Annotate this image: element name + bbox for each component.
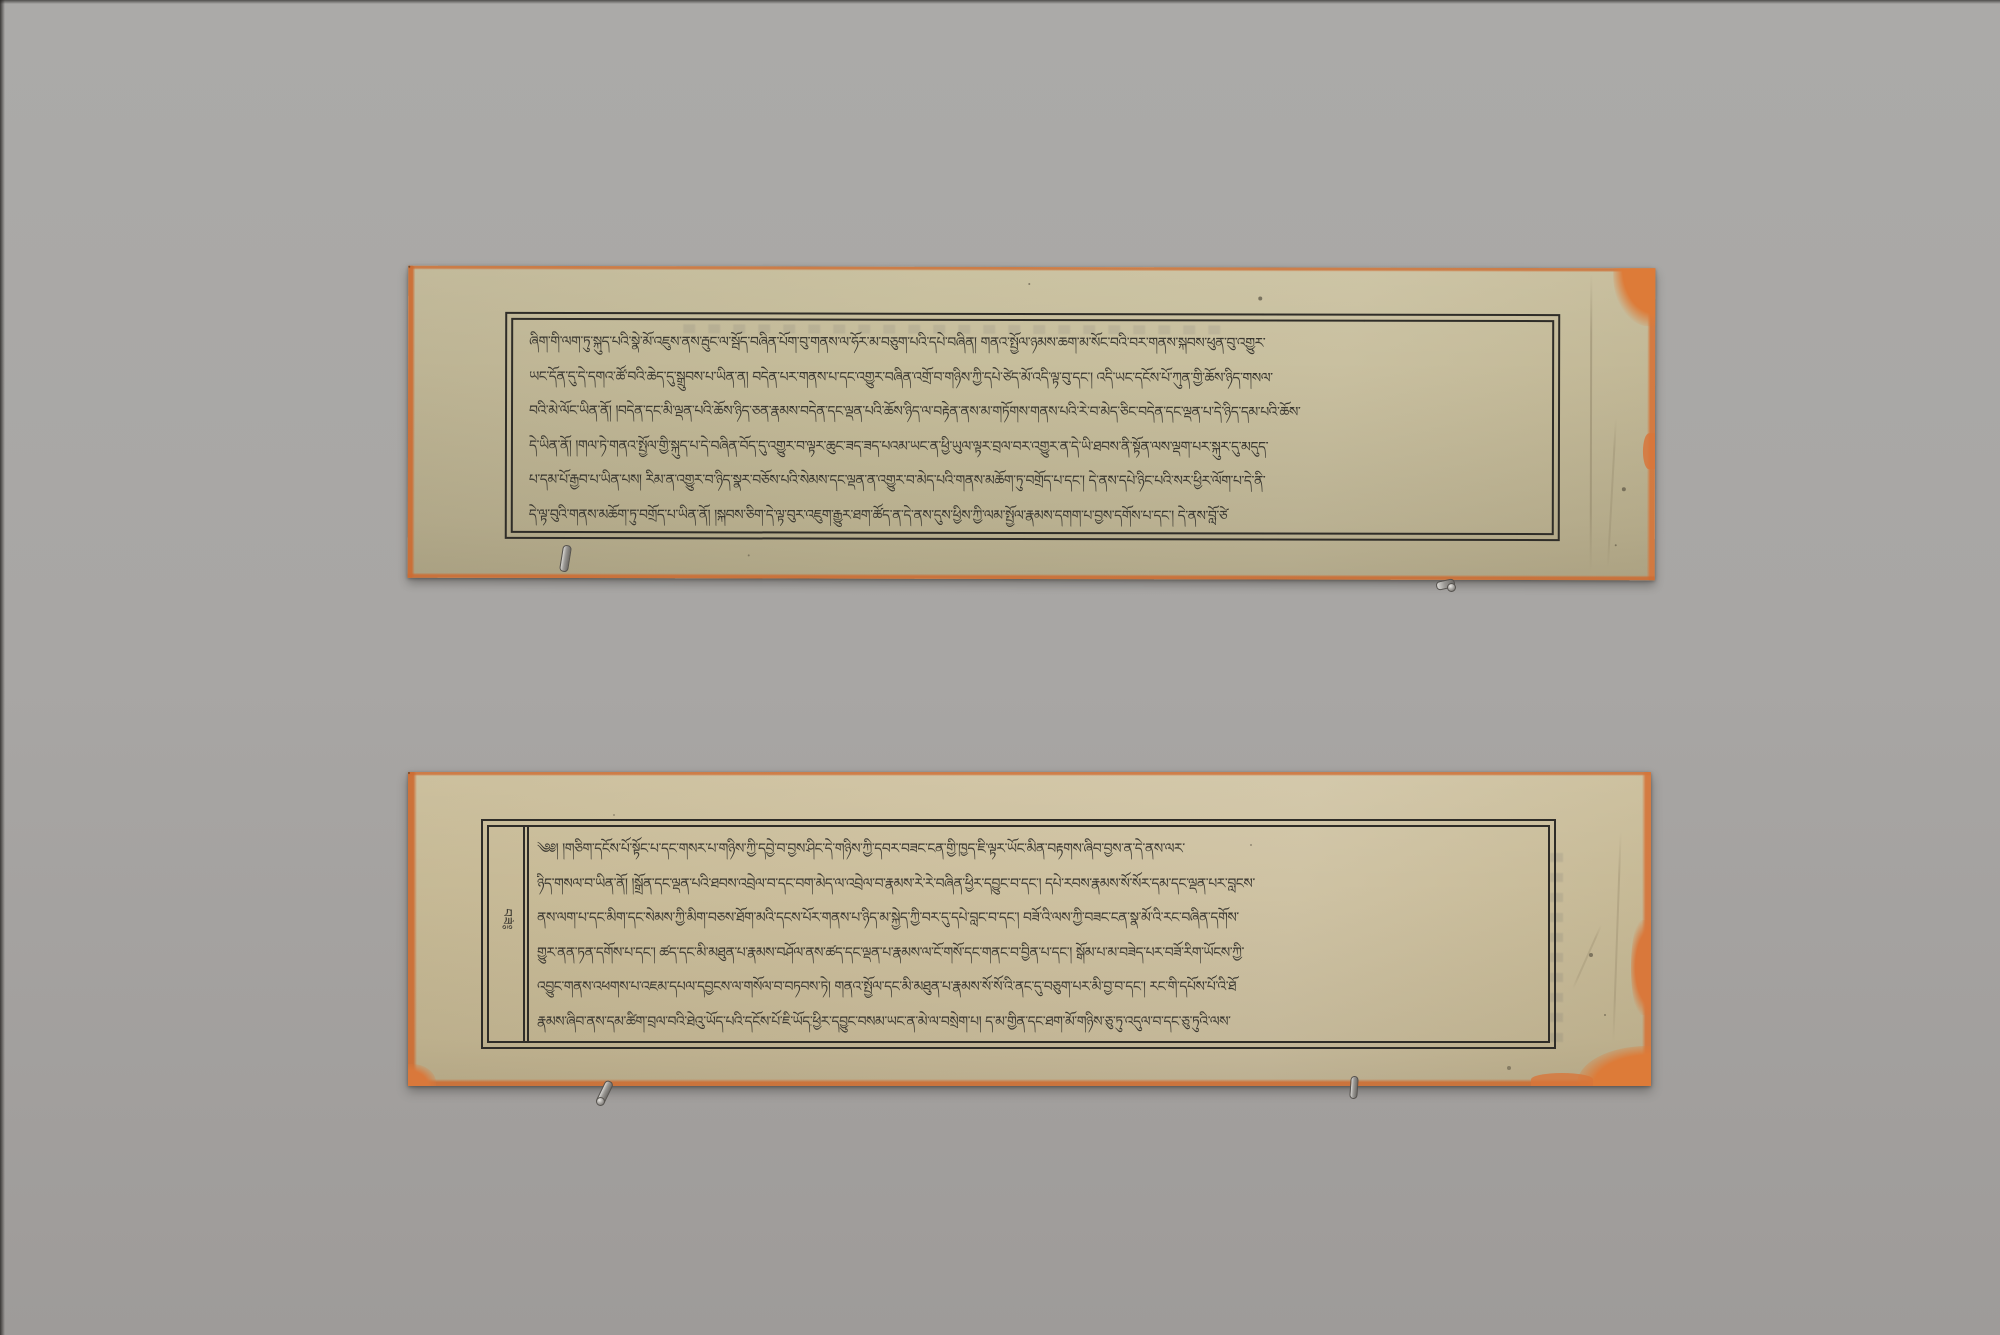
text-line: དེ་ཡིན་ནོ། །གལ་ཏེ་གནའ་སྤྱོལ་གྱི་སྐུད་པ་ད… <box>529 429 1540 466</box>
paper-crease <box>1607 418 1617 568</box>
text-line: ཡང་དོན་དུ་དེ་དགའ་ཚོ་བའི་ཆེད་དུ་སྒྲུབས་པ་… <box>529 360 1540 397</box>
text-line: ༄༅། །གཅིག་དངོས་པོ་སྟོང་པ་དང་གསར་པ་གཉིས་ཀ… <box>537 832 1538 867</box>
orange-edge-paint-left <box>408 266 416 578</box>
orange-edge-paint-bottom <box>408 1079 1651 1086</box>
orange-corner-stain <box>1613 268 1655 326</box>
text-line: འབྱུང་གནས་འཕགས་པ་འཇམ་དཔལ་དབྱངས་ལ་གསོལ་བ་… <box>537 970 1538 1005</box>
orange-edge-paint-right <box>1647 268 1656 580</box>
paper-crease <box>1590 274 1593 572</box>
paper-crease <box>1612 832 1621 1042</box>
photo-edge-shadow-top <box>0 0 2000 4</box>
orange-edge-stain <box>1631 920 1651 1015</box>
orange-corner-stain <box>1577 1046 1651 1086</box>
orange-edge-paint-top <box>408 266 1655 273</box>
text-line: ནས་ལག་པ་དང་མིག་དང་སེམས་ཀྱི་མིག་བཅས་ཐོག་མ… <box>537 901 1538 936</box>
text-frame-top-leaf: ཞིག་གི་ལག་ཏུ་སྐུད་པའི་སྣེ་མོ་འཇུས་ནས་རྦུ… <box>505 312 1560 541</box>
margin-label: བཟོ༔ <box>498 887 514 951</box>
mounting-pin-head <box>596 1097 605 1106</box>
text-line: བའི་མེ་ལོང་ཡིན་ནོ། །བདེན་དང་མི་ལྡན་པའི་ཆ… <box>529 394 1540 431</box>
orange-edge-paint-right <box>1642 772 1651 1086</box>
orange-edge-paint-left <box>408 772 417 1086</box>
paper-crease <box>1572 925 1602 990</box>
paper-specks <box>408 772 410 774</box>
mounting-pin-head <box>1447 583 1456 592</box>
text-frame-inner-rule: བཟོ༔ ༄༅། །གཅིག་དངོས་པོ་སྟོང་པ་དང་གསར་པ་ག… <box>487 825 1550 1043</box>
paper-specks <box>408 266 410 268</box>
text-line: ཞིག་གི་ལག་ཏུ་སྐུད་པའི་སྣེ་མོ་འཇུས་ནས་རྦུ… <box>529 325 1540 362</box>
orange-edge-paint-bottom <box>408 573 1655 581</box>
text-block: ཞིག་གི་ལག་ཏུ་སྐུད་པའི་སྣེ་མོ་འཇུས་ནས་རྦུ… <box>513 320 1552 535</box>
orange-edge-paint-top <box>408 772 1651 776</box>
orange-edge-stain <box>1643 433 1655 469</box>
manuscript-leaf-bottom: བཟོ༔ ༄༅། །གཅིག་དངོས་པོ་སྟོང་པ་དང་གསར་པ་ག… <box>408 772 1651 1086</box>
orange-edge-stain <box>1531 1073 1593 1086</box>
text-line: པ་དམ་པོ་རྒྱབ་པ་ཡིན་པས། རིམ་ན་འགྱུར་བ་ཉིད… <box>529 463 1540 500</box>
text-line: དེ་ལྟ་བུའི་གནས་མཆོག་ཏུ་བགྲོད་པ་ཡིན་ནོ། །… <box>529 498 1540 535</box>
photo-backdrop: ཞིག་གི་ལག་ཏུ་སྐུད་པའི་སྣེ་མོ་འཇུས་ནས་རྦུ… <box>0 0 2000 1335</box>
manuscript-leaf-top: ཞིག་གི་ལག་ཏུ་སྐུད་པའི་སྣེ་མོ་འཇུས་ནས་རྦུ… <box>408 266 1656 581</box>
text-block: ༄༅། །གཅིག་དངོས་པོ་སྟོང་པ་དང་གསར་པ་གཉིས་ཀ… <box>529 827 1548 1041</box>
text-line: གྱུར་ནན་ཏན་དགོས་པ་དང་། ཚད་དང་མི་མཐུན་པ་ར… <box>537 936 1538 971</box>
text-frame-inner-rule: ཞིག་གི་ལག་ཏུ་སྐུད་པའི་སྣེ་མོ་འཇུས་ནས་རྦུ… <box>511 318 1554 535</box>
mounting-pin <box>1349 1076 1359 1100</box>
margin-cell: བཟོ༔ <box>489 827 529 1041</box>
text-line: ཉིད་གསལ་བ་ཡིན་ནོ། །སྒྲོན་དང་ལྡན་པའི་ཐབས་… <box>537 867 1538 902</box>
text-frame-bottom-leaf: བཟོ༔ ༄༅། །གཅིག་དངོས་པོ་སྟོང་པ་དང་གསར་པ་ག… <box>481 819 1556 1049</box>
text-line: རྣམས་ཞིབ་ནས་དམ་ཚིག་བྲལ་བའི་ཐེའུ་ཡོད་པའི་… <box>537 1005 1538 1040</box>
orange-corner-stain <box>408 1064 436 1086</box>
photo-edge-shadow-left <box>0 0 5 1335</box>
